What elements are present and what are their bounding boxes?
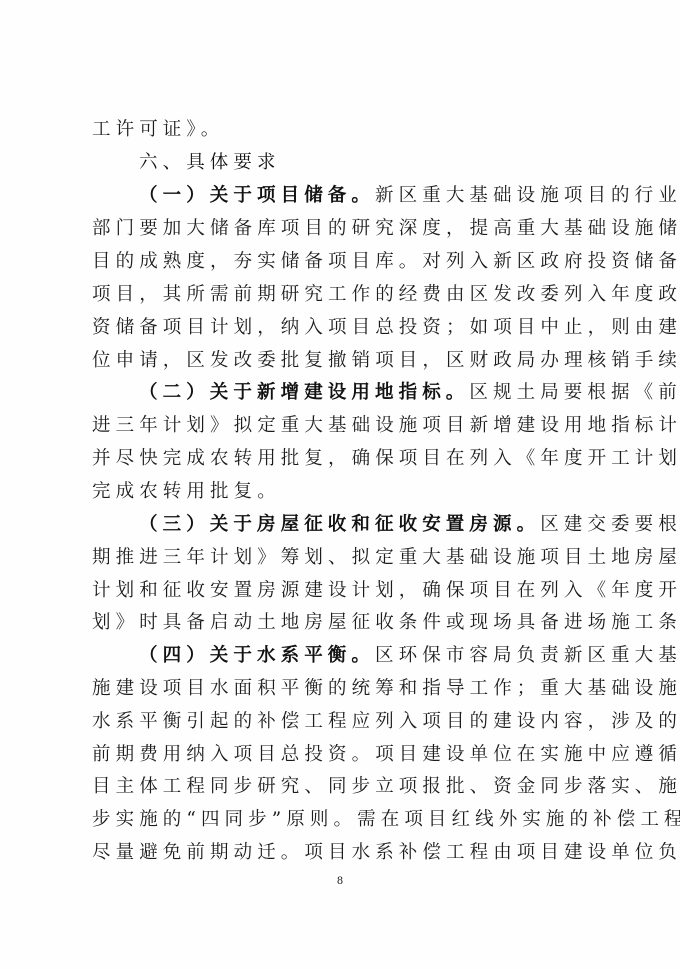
- line-text: 步实施的“四同步”原则。需在项目红线外实施的补偿工程应: [92, 809, 680, 830]
- text-line: 位申请，区发改委批复撤销项目，区财政局办理核销手续。: [92, 349, 592, 373]
- line-text: 工许可证》。: [92, 119, 224, 140]
- line-text: 新区重大基础设施项目的行业主管: [375, 185, 680, 206]
- text-line: 部门要加大储备库项目的研究深度，提高重大基础设施储备项: [92, 217, 592, 241]
- text-line: 目的成熟度，夯实储备项目库。对列入新区政府投资储备库的: [92, 250, 592, 274]
- text-line: 项目，其所需前期研究工作的经费由区发改委列入年度政府投: [92, 283, 592, 307]
- text-line: 资储备项目计划，纳入项目总投资；如项目中止，则由建设单: [92, 316, 592, 340]
- subsection-title: （一）关于项目储备。: [139, 185, 375, 206]
- line-text: 区环保市容局负责新区重大基础设: [375, 645, 680, 666]
- text-line: 完成农转用批复。: [92, 480, 592, 504]
- line-text: 尽量避免前期动迁。项目水系补偿工程由项目建设单位负责实: [92, 842, 680, 863]
- line-text: 项目，其所需前期研究工作的经费由区发改委列入年度政府投: [92, 284, 680, 305]
- subsection-title: （四）关于水系平衡。: [139, 645, 375, 666]
- subsection-title: （三）关于房屋征收和征收安置房源。: [139, 514, 540, 535]
- text-line: 尽量避免前期动迁。项目水系补偿工程由项目建设单位负责实: [92, 841, 592, 865]
- line-text: 水系平衡引起的补偿工程应列入项目的建设内容，涉及的工程、: [92, 711, 680, 732]
- text-line: 计划和征收安置房源建设计划，确保项目在列入《年度开工计: [92, 579, 592, 603]
- section-heading: 六、具体要求: [139, 151, 639, 175]
- line-text: 部门要加大储备库项目的研究深度，提高重大基础设施储备项: [92, 218, 680, 239]
- text-line: 目主体工程同步研究、同步立项报批、资金同步落实、施工同: [92, 775, 592, 799]
- subsection-title: （二）关于新增建设用地指标。: [139, 382, 469, 403]
- line-text: 并尽快完成农转用批复，确保项目在列入《年度开工计划》前: [92, 448, 680, 469]
- text-line: 前期费用纳入项目总投资。项目建设单位在实施中应遵循与项: [92, 743, 592, 767]
- subsection-3-first-line: （三）关于房屋征收和征收安置房源。区建交委要根据《前: [139, 513, 639, 537]
- text-line: 并尽快完成农转用批复，确保项目在列入《年度开工计划》前: [92, 447, 592, 471]
- page-number: 8: [337, 873, 343, 888]
- line-text: 区建交委要根据《前: [540, 514, 680, 535]
- subsection-1-first-line: （一）关于项目储备。新区重大基础设施项目的行业主管: [139, 184, 639, 208]
- line-text: 施建设项目水面积平衡的统筹和指导工作；重大基础设施项目: [92, 678, 680, 699]
- line-text: 资储备项目计划，纳入项目总投资；如项目中止，则由建设单: [92, 317, 680, 338]
- document-page: 工许可证》。 六、具体要求 （一）关于项目储备。新区重大基础设施项目的行业主管 …: [0, 0, 680, 969]
- line-text: 计划和征收安置房源建设计划，确保项目在列入《年度开工计: [92, 580, 680, 601]
- line-text: 前期费用纳入项目总投资。项目建设单位在实施中应遵循与项: [92, 744, 680, 765]
- subsection-4-first-line: （四）关于水系平衡。区环保市容局负责新区重大基础设: [139, 644, 639, 668]
- text-line: 期推进三年计划》筹划、拟定重大基础设施项目土地房屋征收: [92, 546, 592, 570]
- line-text: 完成农转用批复。: [92, 481, 281, 502]
- text-line: 水系平衡引起的补偿工程应列入项目的建设内容，涉及的工程、: [92, 710, 592, 734]
- line-text: 位申请，区发改委批复撤销项目，区财政局办理核销手续。: [92, 350, 680, 371]
- line-text: 进三年计划》拟定重大基础设施项目新增建设用地指标计划，: [92, 415, 680, 436]
- text-line: 施建设项目水面积平衡的统筹和指导工作；重大基础设施项目: [92, 677, 592, 701]
- subsection-2-first-line: （二）关于新增建设用地指标。区规土局要根据《前期推: [139, 381, 639, 405]
- text-line: 步实施的“四同步”原则。需在项目红线外实施的补偿工程应: [92, 808, 592, 832]
- text-line: 工许可证》。: [92, 118, 592, 142]
- heading-text: 六、具体要求: [139, 152, 281, 173]
- line-text: 目主体工程同步研究、同步立项报批、资金同步落实、施工同: [92, 776, 680, 797]
- line-text: 期推进三年计划》筹划、拟定重大基础设施项目土地房屋征收: [92, 547, 680, 568]
- line-text: 目的成熟度，夯实储备项目库。对列入新区政府投资储备库的: [92, 251, 680, 272]
- text-line: 划》时具备启动土地房屋征收条件或现场具备进场施工条件。: [92, 611, 592, 635]
- text-line: 进三年计划》拟定重大基础设施项目新增建设用地指标计划，: [92, 414, 592, 438]
- line-text: 划》时具备启动土地房屋征收条件或现场具备进场施工条件。: [92, 612, 680, 633]
- line-text: 区规土局要根据《前期推: [469, 382, 680, 403]
